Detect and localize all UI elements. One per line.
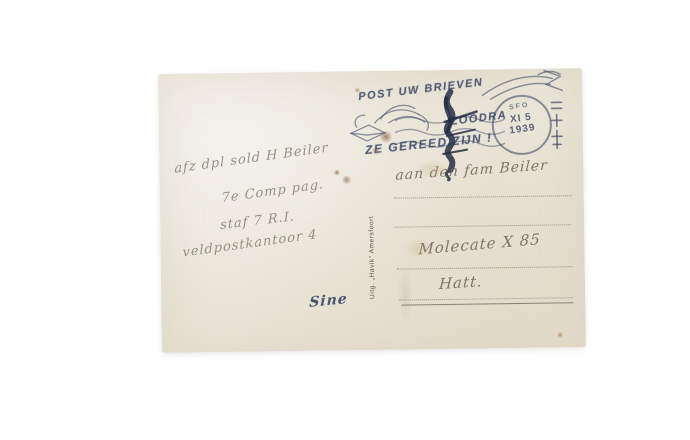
stain-smudge xyxy=(397,265,414,323)
publisher-imprint: Uitg. „Havik” Amersfoort xyxy=(368,183,382,299)
recipient-line-2: Molecate X 85 xyxy=(418,230,541,258)
sender-line-3: staf 7 R.I. xyxy=(220,209,295,233)
stain-spot xyxy=(333,169,340,175)
address-rule-4 xyxy=(399,297,573,300)
sender-line-1: afz dpl sold H Beiler xyxy=(174,141,329,177)
address-rule-3 xyxy=(397,266,573,269)
sender-line-4: veldpostkantoor 4 xyxy=(182,227,317,261)
recipient-line-3: Hatt. xyxy=(439,272,484,293)
time-marks-icon xyxy=(548,96,565,154)
postcard: POST UW BRIEVEN ZOODRA ZE GEREED ZĲN ! S… xyxy=(158,68,586,353)
address-rule-1 xyxy=(394,195,572,198)
sender-line-2: 7e Comp pag. xyxy=(222,177,325,206)
stain-spot xyxy=(557,331,564,338)
sender-signature: Sine xyxy=(309,291,348,311)
photo-background: POST UW BRIEVEN ZOODRA ZE GEREED ZĲN ! S… xyxy=(0,0,690,440)
address-underline xyxy=(401,302,573,305)
address-rule-2 xyxy=(394,224,571,227)
stain-spot xyxy=(342,175,352,184)
